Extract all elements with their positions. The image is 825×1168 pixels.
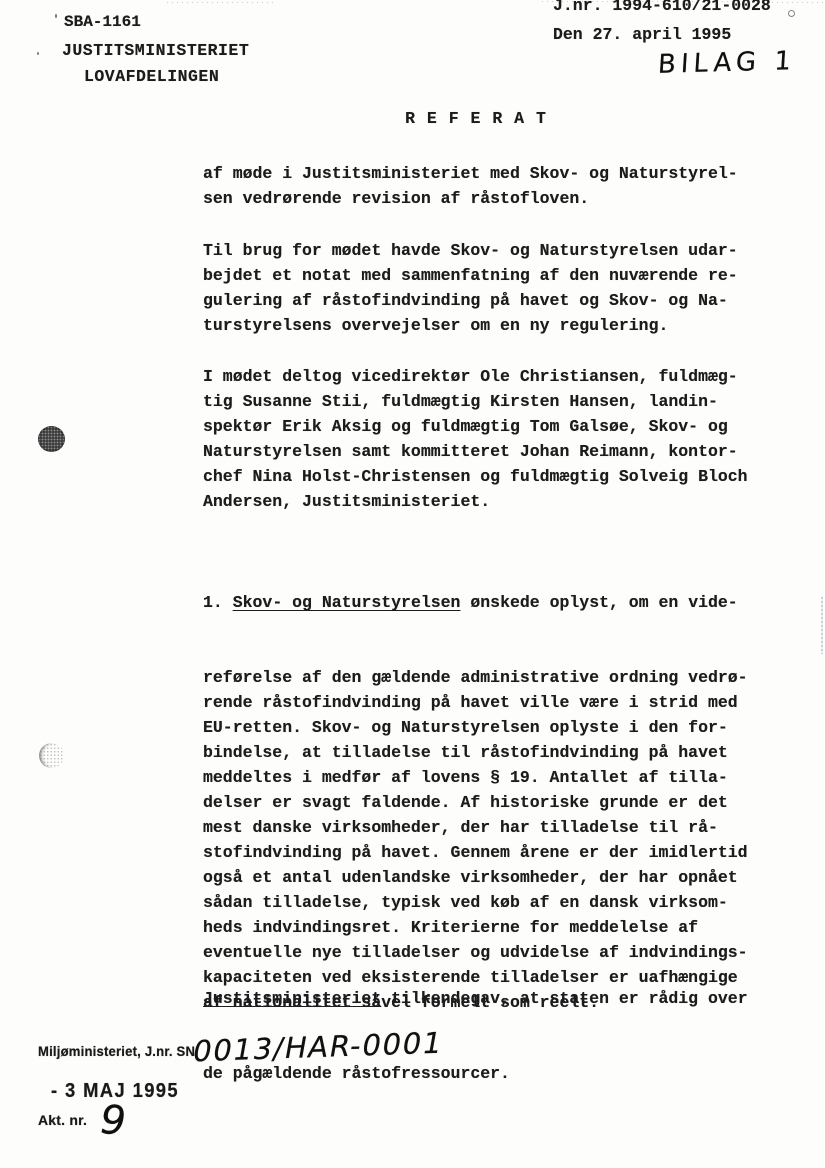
ministry-position-first-line: Justitsministeriet tilkendegav, at state… (203, 986, 748, 1011)
hole-punch-mark-bottom (39, 743, 64, 768)
document-title: R E F E R A T (203, 109, 749, 128)
section-1-first-line-rest: ønskede oplyst, om en vide- (460, 593, 737, 612)
handwritten-act-number: 9 (95, 1097, 131, 1145)
paragraph-meeting-subject: af møde i Justitsministeriet med Skov- o… (203, 161, 738, 211)
journal-number: J.nr. 1994-610/21-0028 (553, 0, 813, 15)
section-1-first-line: 1. Skov- og Naturstyrelsen ønskede oplys… (203, 590, 748, 615)
document-date: Den 27. april 1995 (553, 25, 731, 44)
hole-punch-mark-top (38, 426, 65, 452)
scan-noise-right-edge (821, 596, 823, 654)
justitsministeriet-underlined: Justitsministeriet (203, 989, 381, 1008)
ministry-position-first-line-rest: tilkendegav, at staten er rådig over (381, 989, 747, 1008)
handwritten-bilag-annotation: BILAG 1 (657, 46, 797, 80)
scan-speck (37, 52, 39, 55)
registry-stamp-label: Miljøministeriet, J.nr. SN (38, 1044, 195, 1059)
case-ref: SBA-1161 (64, 13, 141, 32)
department-name: LOVAFDELINGEN (84, 67, 219, 86)
scan-speck (55, 14, 57, 18)
journal-number-clip: J.nr. 1994-610/21-0028 (553, 0, 813, 19)
scanned-document-page: SBA-1161 JUSTITSMINISTERIET LOVAFDELINGE… (0, 0, 825, 1168)
paragraph-background: Til brug for mødet havde Skov- og Naturs… (203, 238, 738, 338)
act-number-label: Akt. nr. (38, 1112, 87, 1128)
skov-naturstyrelsen-underlined: Skov- og Naturstyrelsen (233, 593, 461, 612)
paragraph-attendees: I mødet deltog vicedirektør Ole Christia… (203, 364, 748, 514)
ministry-name: JUSTITSMINISTERIET (62, 41, 249, 60)
scan-noise-strip (165, 1, 275, 5)
section-number: 1. (203, 593, 233, 612)
